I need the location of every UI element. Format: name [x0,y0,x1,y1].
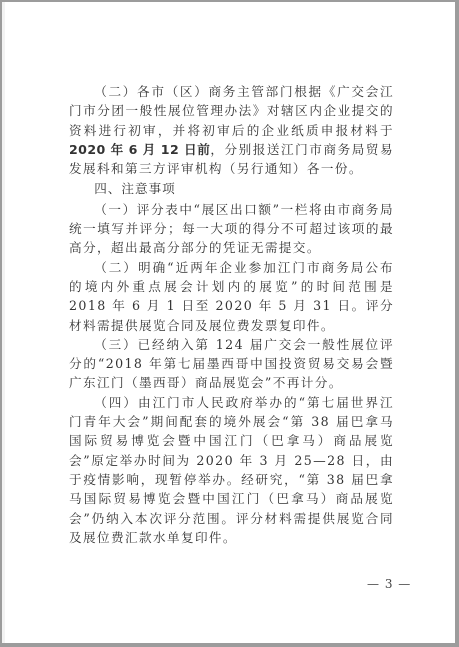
note-item-2: （二）明确“近两年企业参加江门市商务局公布的境内外重点展会计划内的展览”的时间范… [69,258,394,335]
document-body: （二）各市（区）商务主管部门根据《广交会江门市分团一般性展位管理办法》对辖区内企… [69,82,394,547]
paragraph-submission-deadline: （二）各市（区）商务主管部门根据《广交会江门市分团一般性展位管理办法》对辖区内企… [69,82,394,178]
note-item-4: （四）由江门市人民政府举办的“第七届世界江门青年大会”期间配套的境外展会“第 3… [69,393,394,547]
section-heading: 四、注意事项 [69,178,394,199]
deadline-date: 2020 年 6 月 12 日前 [69,142,210,157]
page-number: — 3 — [367,577,411,591]
document-page: （二）各市（区）商务主管部门根据《广交会江门市分团一般性展位管理办法》对辖区内企… [2,2,455,643]
paragraph-text: （二）各市（区）商务主管部门根据《广交会江门市分团一般性展位管理办法》对辖区内企… [69,84,394,138]
note-item-1: （一）评分表中“展区出口额”一栏将由市商务局统一填写并评分；每一大项的得分不可超… [69,200,394,258]
note-item-3: （三）已经纳入第 124 届广交会一般性展位评分的“2018 年第七届墨西哥中国… [69,335,394,393]
